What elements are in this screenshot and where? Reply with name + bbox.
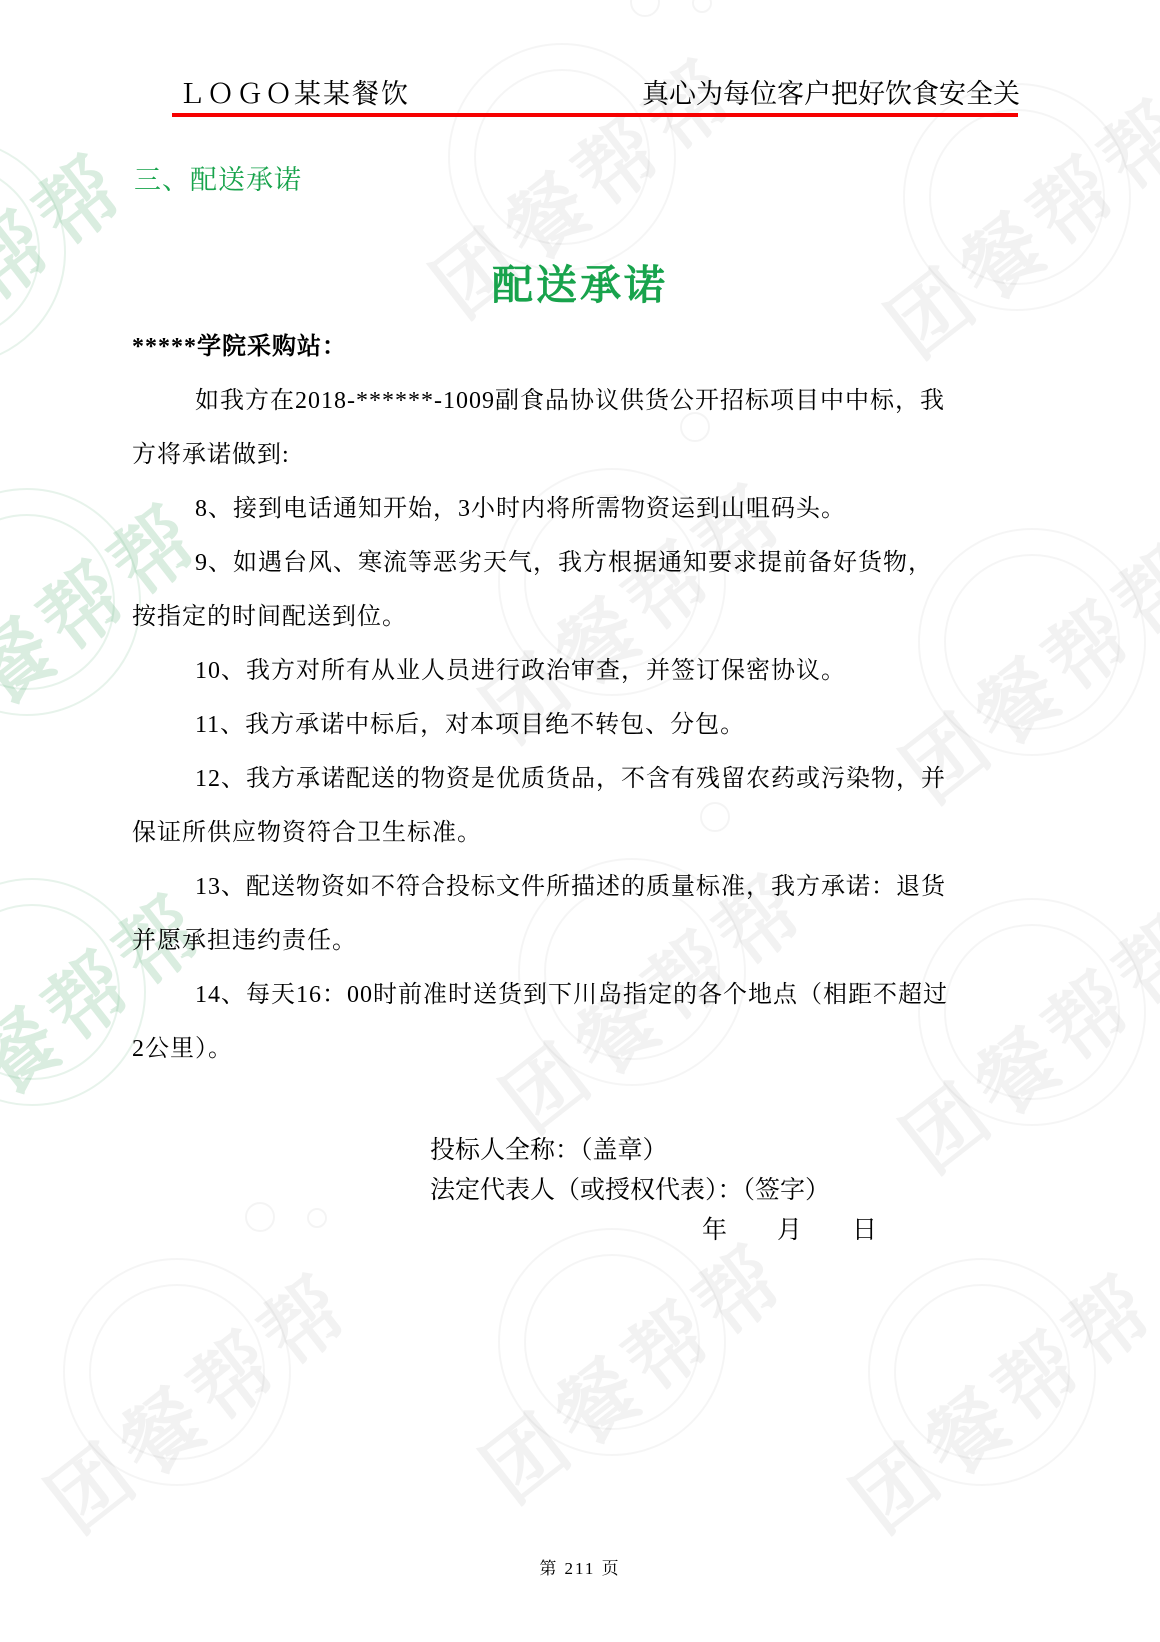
watermark-circle bbox=[692, 0, 712, 13]
body-line: 并愿承担违约责任。 bbox=[132, 914, 1028, 968]
watermark-ring bbox=[0, 514, 115, 690]
signature-date-line: 年 月 日 bbox=[430, 1211, 877, 1251]
body-line: 保证所供应物资符合卫生标准。 bbox=[132, 806, 1028, 860]
document-title: 配送承诺 bbox=[0, 252, 1160, 311]
body-line: 11、我方承诺中标后，对本项目绝不转包、分包。 bbox=[132, 698, 1028, 752]
body-line: 方将承诺做到: bbox=[132, 428, 1028, 482]
document-page: 团餐帮帮 团餐帮帮 团餐帮帮 团餐帮帮 团餐帮帮 团餐帮帮 团餐帮帮 团餐帮帮 … bbox=[0, 0, 1160, 1642]
salutation-line: *****学院采购站： bbox=[132, 320, 1028, 374]
watermark-ring bbox=[868, 1258, 1096, 1486]
watermark-text: 团餐帮帮 bbox=[455, 1211, 809, 1523]
watermark-circle bbox=[630, 0, 660, 17]
watermark-circle bbox=[307, 1208, 327, 1228]
body-line: 14、每天16：00时前准时送货到下川岛指定的各个地点（相距不超过 bbox=[132, 968, 1028, 1022]
watermark-ring bbox=[63, 1258, 291, 1486]
watermark-stamp: 团餐帮帮 bbox=[850, 1230, 1160, 1550]
section-heading: 三、配送承诺 bbox=[134, 158, 302, 197]
body-line: 12、我方承诺配送的物资是优质货品，不含有残留农药或污染物，并 bbox=[132, 752, 1028, 806]
watermark-ring bbox=[89, 1284, 265, 1460]
body-line: 13、配送物资如不符合投标文件所描述的质量标准，我方承诺：退货 bbox=[132, 860, 1028, 914]
signature-representative-line: 法定代表人（或授权代表）：（签字） bbox=[430, 1171, 877, 1211]
header-company-logo-text: ＬＯＧＯ某某餐饮 bbox=[178, 72, 410, 111]
header-divider-line bbox=[172, 113, 1018, 117]
watermark-text: 团餐帮帮 bbox=[825, 1241, 1160, 1553]
body-line: 如我方在2018-******-1009副食品协议供货公开招标项目中中标，我 bbox=[132, 374, 1028, 428]
page-number: 第 211 页 bbox=[0, 1554, 1160, 1579]
body-line: 8、接到电话通知开始，3小时内将所需物资运到山咀码头。 bbox=[132, 482, 1028, 536]
header-slogan: 真心为每位客户把好饮食安全关 bbox=[642, 72, 1020, 111]
body-line: 按指定的时间配送到位。 bbox=[132, 590, 1028, 644]
watermark-ring bbox=[524, 1254, 700, 1430]
watermark-text: 团餐帮帮 bbox=[20, 1241, 374, 1553]
watermark-ring bbox=[0, 878, 146, 1106]
watermark-ring bbox=[894, 1284, 1070, 1460]
watermark-stamp: 团餐帮帮 bbox=[45, 1230, 365, 1550]
body-line: 2公里）。 bbox=[132, 1022, 1028, 1076]
watermark-ring bbox=[498, 1228, 726, 1456]
body-line: 9、如遇台风、寒流等恶劣天气，我方根据通知要求提前备好货物， bbox=[132, 536, 1028, 590]
body-line: 10、我方对所有从业人员进行政治审查，并签订保密协议。 bbox=[132, 644, 1028, 698]
watermark-ring bbox=[0, 488, 141, 716]
document-body: *****学院采购站： 如我方在2018-******-1009副食品协议供货公… bbox=[132, 320, 1028, 1076]
page-header: ＬＯＧＯ某某餐饮 真心为每位客户把好饮食安全关 bbox=[178, 72, 1020, 111]
signature-block: 投标人全称：（盖章） 法定代表人（或授权代表）：（签字） 年 月 日 bbox=[430, 1131, 877, 1251]
watermark-circle bbox=[245, 1202, 275, 1232]
signature-bidder-line: 投标人全称：（盖章） bbox=[430, 1131, 877, 1171]
watermark-ring bbox=[0, 904, 120, 1080]
